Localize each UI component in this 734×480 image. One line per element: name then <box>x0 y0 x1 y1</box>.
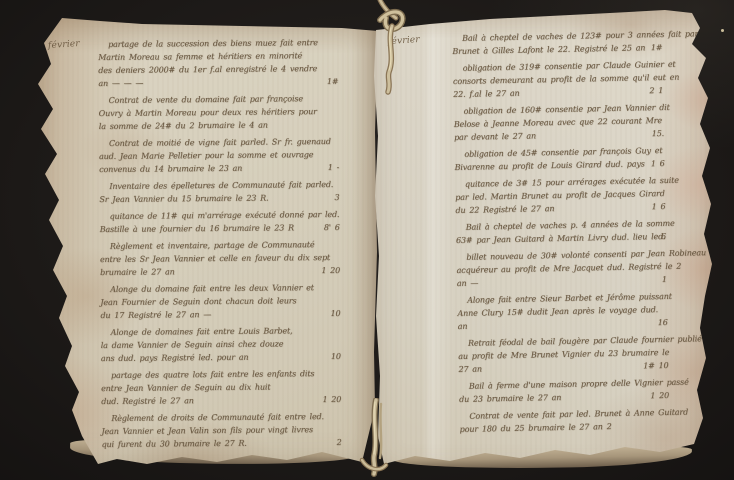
entry-text: Contrat de vente du domaine fait par fra… <box>99 94 303 105</box>
entry-text: 63# par Jean Guitard à Martin Livry dud.… <box>456 232 666 245</box>
entry-text: par devant le 27 an <box>454 131 536 142</box>
fee-amount: 16 <box>658 316 668 329</box>
register-entry: obligation de 160# consentie par Jean Va… <box>453 100 694 144</box>
fee-amount: 1 6 <box>651 157 665 170</box>
entry-text: Inventaire des épelletures de Communauté… <box>99 180 333 191</box>
manuscript-line: ans dud. pays Registré led. pour an10 <box>101 350 359 365</box>
left-page: février partage de la succession des bie… <box>22 12 378 470</box>
register-entry: billet nouveau de 30# volonté consenti p… <box>456 246 697 290</box>
manuscript-line: la somme de 24# du 2 brumaire le 4 an <box>99 118 357 133</box>
entry-text: qui furent du 30 brumaire le 27 R. <box>102 439 247 449</box>
fee-amount: 2 <box>337 436 342 449</box>
entry-text: aud. Jean Marie Pelletier pour la somme … <box>99 150 313 161</box>
entry-text: la somme de 24# du 2 brumaire le 4 an <box>99 121 268 131</box>
entry-text: Jean Vannier et Jean Valin son fils pour… <box>101 425 313 436</box>
manuscript-line: Bastille à une fournier du 16 brumaire l… <box>100 221 358 236</box>
fee-amount: 1 <box>662 273 667 286</box>
entry-text: convenus du 14 brumaire le 23 an <box>99 164 242 174</box>
entry-text: des deniers 2000# du 1er f.al enregistré… <box>98 64 317 75</box>
fee-amount: 3 <box>334 191 339 204</box>
entry-text: Jean Fournier de Seguin dont chacun doit… <box>100 296 296 307</box>
fee-amount: 1 - <box>328 161 340 174</box>
entry-text: partage des quatre lots fait entre les e… <box>101 369 314 380</box>
entry-text: Alonge du domaine fait entre les deux Va… <box>100 283 314 294</box>
register-entry: Règlement et inventaire, partage de Comm… <box>100 238 358 279</box>
entry-text: entre les Sr Jean Vannier et celle en fa… <box>100 253 330 264</box>
dust-speck <box>721 29 724 32</box>
entry-text: brumaire le 27 an <box>100 267 175 277</box>
entry-text: du 23 brumaire le 27 an <box>459 393 561 404</box>
right-page-text: Bail à cheptel de vaches de 123# pour 3 … <box>452 27 700 440</box>
manuscript-line: qui furent du 30 brumaire le 27 R.2 <box>101 436 359 451</box>
entry-text: Sr Jean Vannier du 15 brumaire le 23 R. <box>99 194 268 204</box>
entry-text: quitance de 11# qui m'arrérage exécuté d… <box>100 210 340 221</box>
entry-text: an <box>458 322 468 331</box>
manuscript-line: du 17 Registré le 27 an —10 <box>100 307 358 322</box>
entry-text: an — <box>457 279 479 288</box>
fee-amount: 8' 6 <box>324 221 340 234</box>
entry-text: 27 an <box>458 364 482 373</box>
fee-amount: 15. <box>652 127 665 140</box>
fee-amount: 10 <box>330 307 340 320</box>
fee-amount: 1 20 <box>321 264 340 277</box>
left-page-text: partage de la succession des biens muez … <box>98 36 360 455</box>
entry-text: ans dud. pays Registré led. pour an <box>101 353 249 363</box>
entry-text: dud. Registré le 27 an <box>101 396 194 406</box>
register-entry: Bail à cheptel de vaches de 123# pour 3 … <box>452 27 692 58</box>
entry-text: Alonge de domaines fait entre Louis Barb… <box>101 326 293 337</box>
fee-amount: 1 20 <box>322 393 341 406</box>
register-entry: Bail à ferme d'une maison propre delle V… <box>459 375 699 406</box>
manuscript-line: convenus du 14 brumaire le 23 an1 - <box>99 161 357 176</box>
register-entry: Règlement de droits de Communauté fait e… <box>101 410 359 451</box>
entry-text: du 22 Registré le 27 an <box>455 204 554 215</box>
manuscript-line: Sr Jean Vannier du 15 brumaire le 23 R.3 <box>99 191 357 206</box>
register-entry: Alonge du domaine fait entre les deux Va… <box>100 281 358 322</box>
fee-amount: 1 6 <box>651 200 665 213</box>
fee-amount: 1# <box>651 41 663 54</box>
fee-amount: 6 <box>661 230 666 243</box>
register-entry: Contrat de moitié de vigne fait parled. … <box>99 135 357 176</box>
register-entry: partage des quatre lots fait entre les e… <box>101 367 359 408</box>
register-entry: Bail à cheptel de vaches p. 4 années de … <box>456 216 696 247</box>
entry-text: partage de la succession des biens muez … <box>98 38 318 49</box>
entry-text: pour 180 du 25 brumaire le 27 an 2 <box>460 422 612 434</box>
entry-text: Ouvry à Martin Moreau pour deux res héri… <box>99 107 317 118</box>
fee-amount: 2 1 <box>649 84 663 97</box>
entry-text: Contrat de moitié de vigne fait parled. … <box>99 137 331 148</box>
register-entry: quitance de 11# qui m'arrérage exécuté d… <box>100 208 358 236</box>
photograph-background: février partage de la succession des bie… <box>0 0 734 480</box>
register-entry: obligation de 319# consentie par Claude … <box>453 57 694 101</box>
register-entry: Inventaire des épelletures de Communauté… <box>99 178 357 206</box>
entry-text: Martin Moreau sa femme et héritiers en m… <box>98 51 302 62</box>
manuscript-line: an — — —1# <box>98 75 356 90</box>
register-entry: Alonge de domaines fait entre Louis Barb… <box>101 324 359 365</box>
register-entry: Retrait féodal de bail fougère par Claud… <box>458 332 699 376</box>
entry-text: entre Jean Vannier de Seguin au dix huit <box>101 383 270 393</box>
entry-text: du 17 Registré le 27 an — <box>100 310 211 320</box>
entry-text: an — — — <box>98 79 143 88</box>
entry-text: 22. f.al le 27 an <box>453 89 519 99</box>
right-page: février Bail à cheptel de vaches de 123#… <box>370 6 718 476</box>
left-margin-month-label: février <box>48 39 81 51</box>
fee-amount: 1# <box>327 75 339 88</box>
fee-amount: 1 20 <box>650 389 669 402</box>
entry-text: Brunet à Gilles Lafont le 22. Registré l… <box>452 43 645 56</box>
manuscript-line: dud. Registré le 27 an1 20 <box>101 393 359 408</box>
register-entry: obligation de 45# consentie par françois… <box>454 143 694 174</box>
entry-text: Bivarenne au profit de Louis Girard dud.… <box>455 159 645 172</box>
entry-text: Règlement de droits de Communauté fait e… <box>101 412 324 423</box>
register-entry: quitance de 3# 15 pour arrérages exécuté… <box>455 173 696 217</box>
register-entry: partage de la succession des biens muez … <box>98 36 356 90</box>
register-entry: Alonge fait entre Sieur Barbet et Jérôme… <box>457 289 698 333</box>
binding-cord-bottom-icon <box>350 398 396 480</box>
register-entry: Contrat de vente du domaine fait par fra… <box>98 92 356 133</box>
manuscript-line: brumaire le 27 an1 20 <box>100 264 358 279</box>
entry-text: la dame Vannier de Seguin ainsi chez dou… <box>101 339 284 350</box>
fee-amount: 1# 10 <box>643 359 669 372</box>
entry-text: Bastille à une fournier du 16 brumaire l… <box>100 223 294 234</box>
fee-amount: 10 <box>331 350 341 363</box>
entry-text: Règlement et inventaire, partage de Comm… <box>100 240 315 251</box>
register-entry: Contrat de vente fait par led. Brunet à … <box>459 405 699 436</box>
binding-cord-top-icon <box>370 0 418 100</box>
